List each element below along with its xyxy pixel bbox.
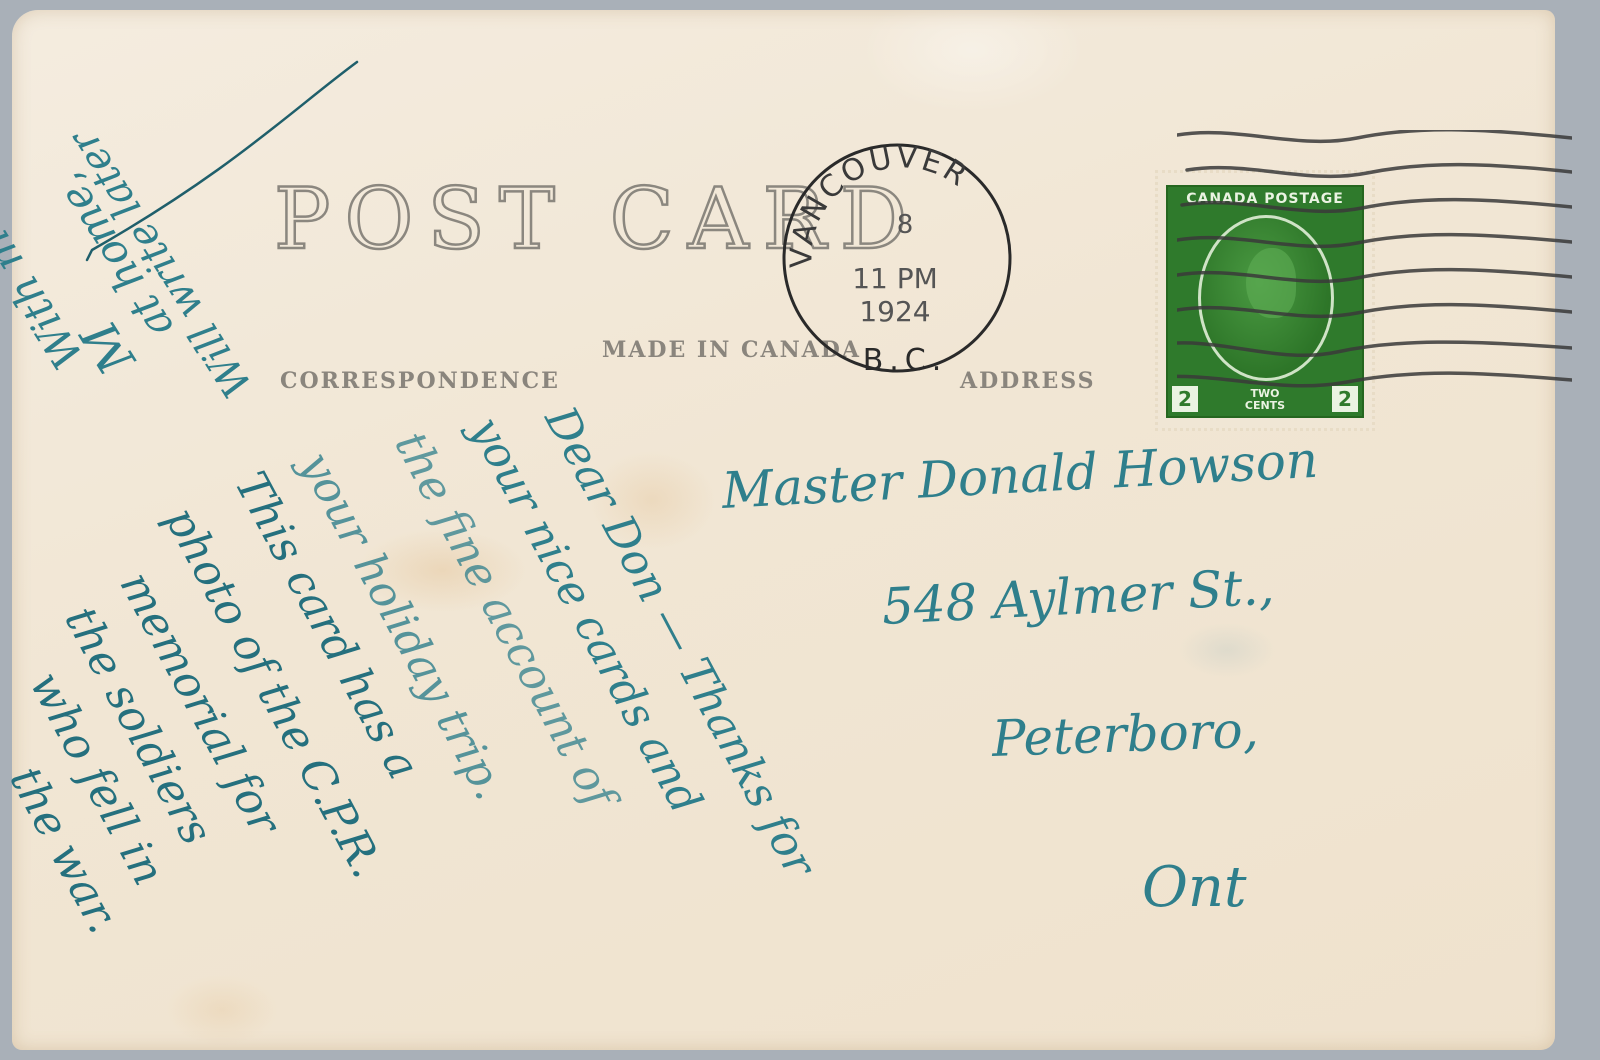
pen-stroke bbox=[72, 50, 392, 280]
svg-text:VANCOUVER: VANCOUVER bbox=[784, 140, 975, 268]
postmark-year: 1924 bbox=[859, 295, 930, 328]
postmark-time: 11 PM bbox=[852, 262, 938, 295]
postmark-day: 8 bbox=[897, 210, 914, 240]
address-line-province: Ont bbox=[1142, 855, 1246, 920]
correspondence-label: CORRESPONDENCE bbox=[280, 368, 560, 394]
postmark-city: VANCOUVER bbox=[784, 140, 975, 268]
postmark: VANCOUVER 8 11 PM 1924 B.C. bbox=[777, 138, 1017, 378]
postmark-province: B.C. bbox=[863, 343, 948, 378]
address-line-recipient: Master Donald Howson bbox=[720, 431, 1319, 520]
address-line-street: 548 Aylmer St., bbox=[880, 557, 1275, 635]
postcard-back: POST CARD MADE IN CANADA CORRESPONDENCE … bbox=[12, 10, 1555, 1050]
address-line-city: Peterboro, bbox=[991, 701, 1259, 768]
machine-cancel-lines bbox=[1177, 130, 1572, 400]
